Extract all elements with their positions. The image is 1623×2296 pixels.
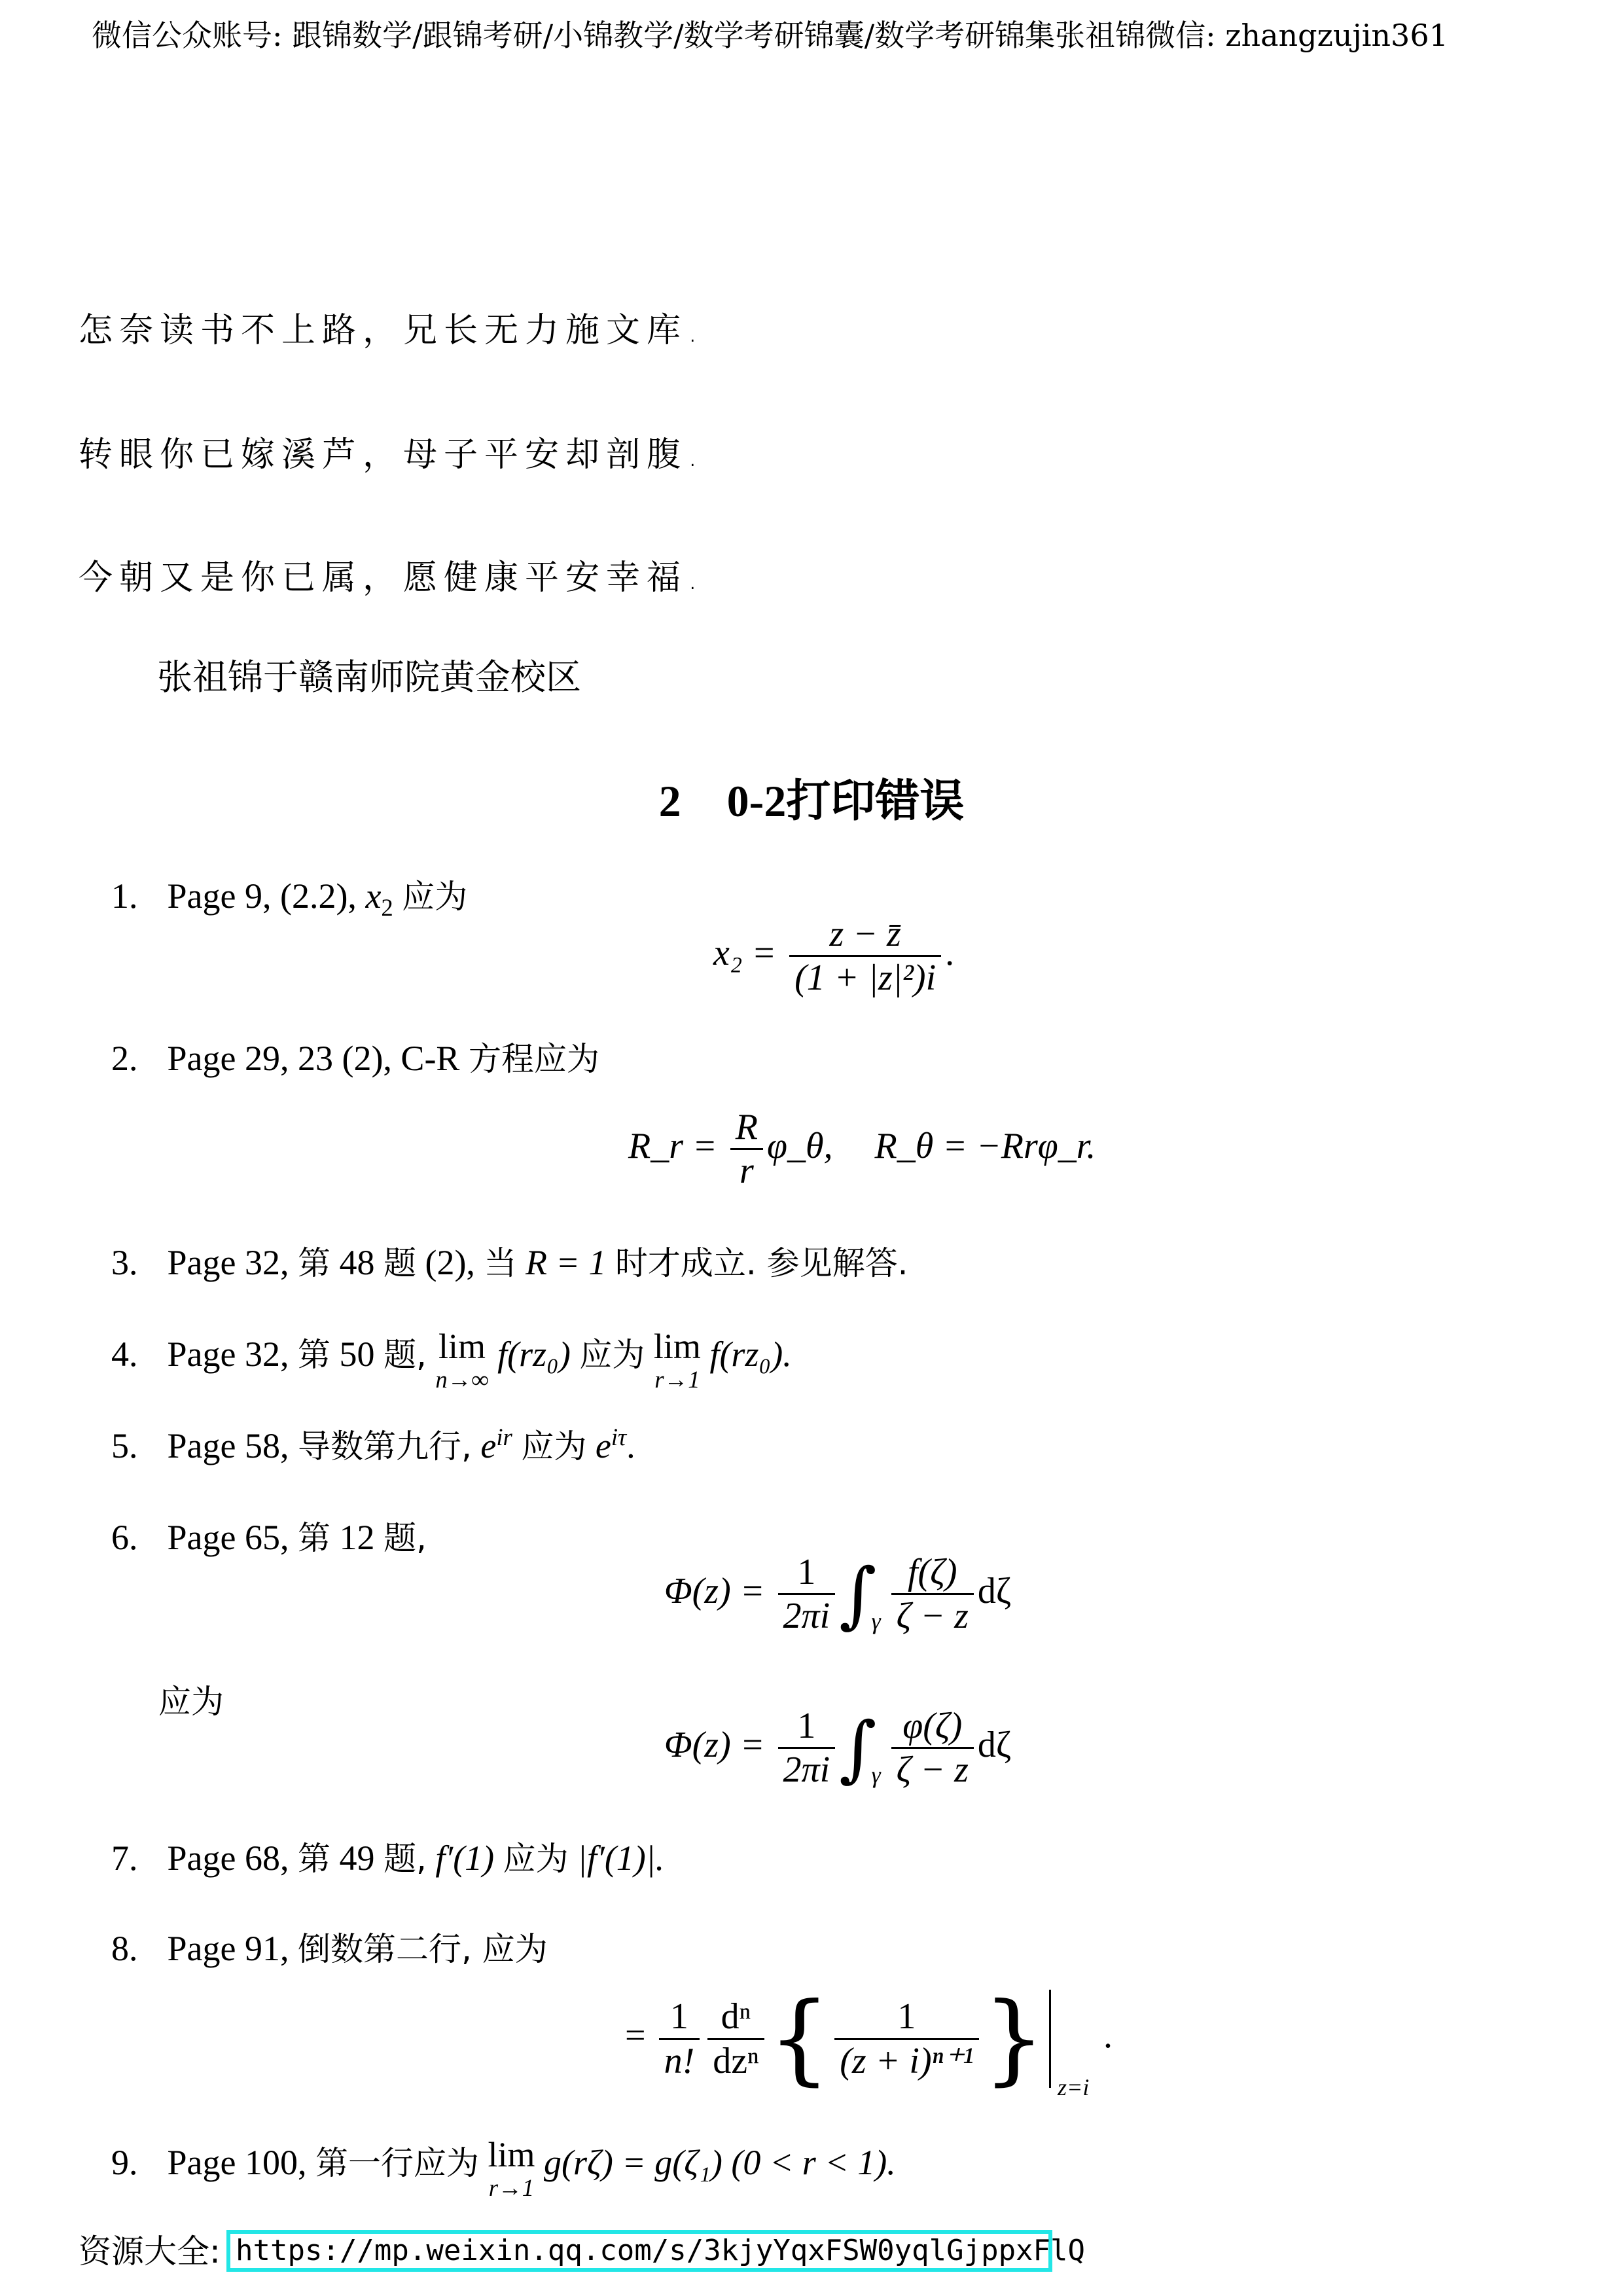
item-number: 3. (111, 1242, 158, 1283)
numerator: φ(ζ) (897, 1705, 967, 1747)
eval-point: z=i (1058, 2073, 1089, 2101)
item-text-cjk: 题 (383, 1244, 416, 1282)
item-text: Page 9, (2.2), (168, 876, 357, 916)
integral-sub: γ (871, 1608, 880, 1634)
item-text-cjk: 应为 (503, 1840, 569, 1878)
right-brace-icon: } (983, 1982, 1045, 2096)
item-text: Page 68, (168, 1839, 289, 1878)
erratum-item-9: 9. Page 100, 第一行应为 limr→1 g(rζ) = g(ζ₁) … (111, 2137, 896, 2200)
numerator: 1 (665, 1996, 694, 2037)
numerator: 1 (792, 1705, 821, 1747)
erratum-item-5: 5. Page 58, 导数第九行, eir 应为 eiτ. (111, 1420, 635, 1467)
derivative-fraction: dⁿ dzⁿ (707, 1996, 764, 2082)
item-number: 1. (111, 876, 158, 916)
math-wrong: f′(1) (435, 1839, 494, 1878)
item-number: 6. (111, 1517, 158, 1558)
erratum-item-3: 3. Page 32, 第 48 题 (2), 当 R = 1 时才成立. 参见… (111, 1237, 908, 1284)
item-text-cjk: 题, (383, 1840, 427, 1878)
item-number: 2. (111, 1038, 158, 1079)
numerator: 1 (792, 1551, 821, 1593)
section-heading: 20-2打印错误 (0, 766, 1623, 829)
item-number: 7. (111, 1838, 158, 1878)
item-text: Page 58, (168, 1426, 289, 1465)
item-text-cjk: 倒数第二行, 应为 (298, 1930, 548, 1968)
item-text: Page 32, (168, 1335, 289, 1374)
left-brace-icon: { (768, 1982, 830, 2096)
lim-op: lim (488, 2137, 535, 2172)
equation-8: = 1 n! dⁿ dzⁿ { 1 (z + i)ⁿ⁺¹ }z=i. (625, 1990, 1113, 2088)
item-text-cjk: 第一行应为 (315, 2144, 479, 2182)
eq-lhs: R_r = (628, 1126, 717, 1166)
lim-expr: g(rζ) = g(ζ₁) (0 < r < 1). (544, 2143, 896, 2182)
erratum-item-1: 1. Page 9, (2.2), x2 应为 (111, 870, 467, 922)
denominator: (z + i)ⁿ⁺¹ (834, 2040, 978, 2082)
problem-number: 12 (339, 1518, 374, 1557)
denominator: ζ − z (891, 1595, 974, 1637)
item-text: Page 65, (168, 1518, 289, 1557)
punct: . (945, 933, 954, 973)
equation-2: R_r = R r φ_θ, R_θ = −Rrφ_r. (628, 1106, 1096, 1193)
differential: dζ (978, 1725, 1011, 1765)
item-text-cjk: 第 (298, 1244, 330, 1282)
item-text-cjk: 时才成立. 参见解答. (615, 1244, 908, 1282)
math-sup: ir (496, 1424, 512, 1450)
integrand-fraction: φ(ζ) ζ − z (891, 1705, 974, 1791)
erratum-item-7: 7. Page 68, 第 49 题, f′(1) 应为 |f′(1)|. (111, 1833, 664, 1880)
poem-line-1: 怎奈读书不上路，兄长无力施文库. (79, 302, 705, 351)
lim-expr: f(rz₀) (497, 1335, 571, 1374)
header-watermark: 微信公众账号: 跟锦数学/跟锦考研/小锦教学/数学考研锦囊/数学考研锦集张祖锦微… (92, 12, 1448, 55)
poem-line-3: 今朝又是你已属，愿健康平安幸福. (79, 550, 705, 599)
section-title: 0-2打印错误 (727, 776, 965, 826)
should-be-label: 应为 (158, 1676, 224, 1723)
item-text-cjk: 应为 (402, 878, 467, 916)
eq-second: R_θ = −Rrφ_r. (875, 1126, 1096, 1166)
denominator: (1 + |z|²)i (789, 957, 941, 999)
limit-correct: limr→1 (654, 1329, 701, 1392)
inner-fraction: 1 (z + i)ⁿ⁺¹ (834, 1996, 978, 2082)
item-text: (2), (425, 1243, 474, 1282)
equation-1: x₂ = z − z̄ (1 + |z|²)i . (713, 913, 954, 999)
erratum-item-4: 4. Page 32, 第 50 题, limn→∞ f(rz₀) 应为 lim… (111, 1329, 792, 1392)
denominator: r (734, 1150, 759, 1192)
punct: . (1103, 2015, 1113, 2056)
numerator: R (730, 1106, 763, 1148)
item-text-cjk: 题, (383, 1336, 427, 1374)
lim-op: lim (654, 1329, 701, 1364)
erratum-item-6: 6. Page 65, 第 12 题, (111, 1512, 427, 1559)
item-text-cjk: 第 (298, 1840, 330, 1878)
resources-label: 资源大全: (79, 2225, 221, 2272)
item-number: 9. (111, 2142, 158, 2183)
lim-sub: r→1 (654, 1368, 700, 1392)
denominator: ζ − z (891, 1749, 974, 1791)
problem-number: 50 (339, 1335, 374, 1374)
item-text: Page 100, (168, 2143, 307, 2182)
math-var: x (365, 876, 381, 916)
item-text-cjk: 第 (298, 1336, 330, 1374)
eq-lhs: x₂ = (713, 933, 776, 973)
math-sub: 2 (381, 894, 393, 921)
item-text-cjk: 应为 (579, 1336, 645, 1374)
limit: limr→1 (488, 2137, 535, 2200)
lim-expr: f(rz₀). (709, 1335, 791, 1374)
numerator: 1 (892, 1996, 921, 2037)
math-correct: |f′(1)|. (577, 1839, 664, 1878)
math-base: e (596, 1426, 611, 1465)
signature: 张祖锦于赣南师院黄金校区 (157, 649, 581, 700)
item-text-cjk: 方程应为 (469, 1040, 599, 1078)
equation-6b: Φ(z) = 1 2πi ∫γ φ(ζ) ζ − z dζ (664, 1705, 1011, 1791)
fraction: 1 n! (659, 1996, 700, 2082)
denominator: 2πi (778, 1749, 836, 1791)
item-text-cjk: 题, (383, 1519, 427, 1557)
resources-link[interactable]: https://mp.weixin.qq.com/s/3kjyYqxFSW0yq… (226, 2230, 1052, 2272)
lim-sub: r→1 (489, 2176, 534, 2200)
integrand-fraction: f(ζ) ζ − z (891, 1551, 974, 1638)
eq-lhs: Φ(z) = (664, 1571, 765, 1611)
fraction: z − z̄ (1 + |z|²)i (789, 913, 941, 999)
erratum-item-2: 2. Page 29, 23 (2), C-R 方程应为 (111, 1033, 599, 1080)
denominator: n! (659, 2040, 700, 2082)
denominator: 2πi (778, 1595, 836, 1637)
item-text-cjk: 应为 (521, 1427, 586, 1465)
item-text-cjk: 当 (484, 1244, 516, 1282)
coef-fraction: 1 2πi (778, 1705, 836, 1791)
math-inline: R = 1 (526, 1243, 606, 1282)
punct: . (626, 1426, 635, 1465)
numerator: f(ζ) (902, 1551, 963, 1593)
item-text: Page 32, (168, 1243, 289, 1282)
erratum-item-8: 8. Page 91, 倒数第二行, 应为 (111, 1923, 548, 1970)
lim-sub: n→∞ (435, 1368, 488, 1392)
lim-op: lim (438, 1329, 486, 1364)
item-number: 5. (111, 1426, 158, 1466)
section-number: 2 (659, 776, 681, 826)
math-sup: iτ (611, 1424, 626, 1450)
problem-number: 49 (339, 1839, 374, 1878)
item-number: 4. (111, 1334, 158, 1374)
numerator: z − z̄ (824, 913, 906, 955)
item-text-cjk: 导数第九行, (298, 1427, 472, 1465)
eq-lhs: = (625, 2015, 646, 2056)
math-base: e (480, 1426, 496, 1465)
item-text-cjk: 第 (298, 1519, 330, 1557)
eq-part: φ_θ, (767, 1126, 833, 1166)
item-number: 8. (111, 1928, 158, 1969)
item-text: Page 29, 23 (2), C-R (168, 1039, 460, 1078)
differential: dζ (978, 1571, 1011, 1611)
problem-number: 48 (339, 1243, 374, 1282)
eq-lhs: Φ(z) = (664, 1725, 765, 1765)
equation-6a: Φ(z) = 1 2πi ∫γ f(ζ) ζ − z dζ (664, 1551, 1011, 1638)
poem-line-2: 转眼你已嫁溪芦，母子平安却剖腹. (79, 427, 705, 476)
evaluation-bar: z=i (1049, 1990, 1051, 2088)
limit-wrong: limn→∞ (435, 1329, 488, 1392)
integral-sub: γ (871, 1762, 880, 1788)
coef-fraction: 1 2πi (778, 1551, 836, 1638)
denominator: dzⁿ (707, 2040, 764, 2082)
item-text: Page 91, (168, 1929, 289, 1968)
numerator: dⁿ (716, 1996, 757, 2037)
fraction: R r (730, 1106, 763, 1193)
